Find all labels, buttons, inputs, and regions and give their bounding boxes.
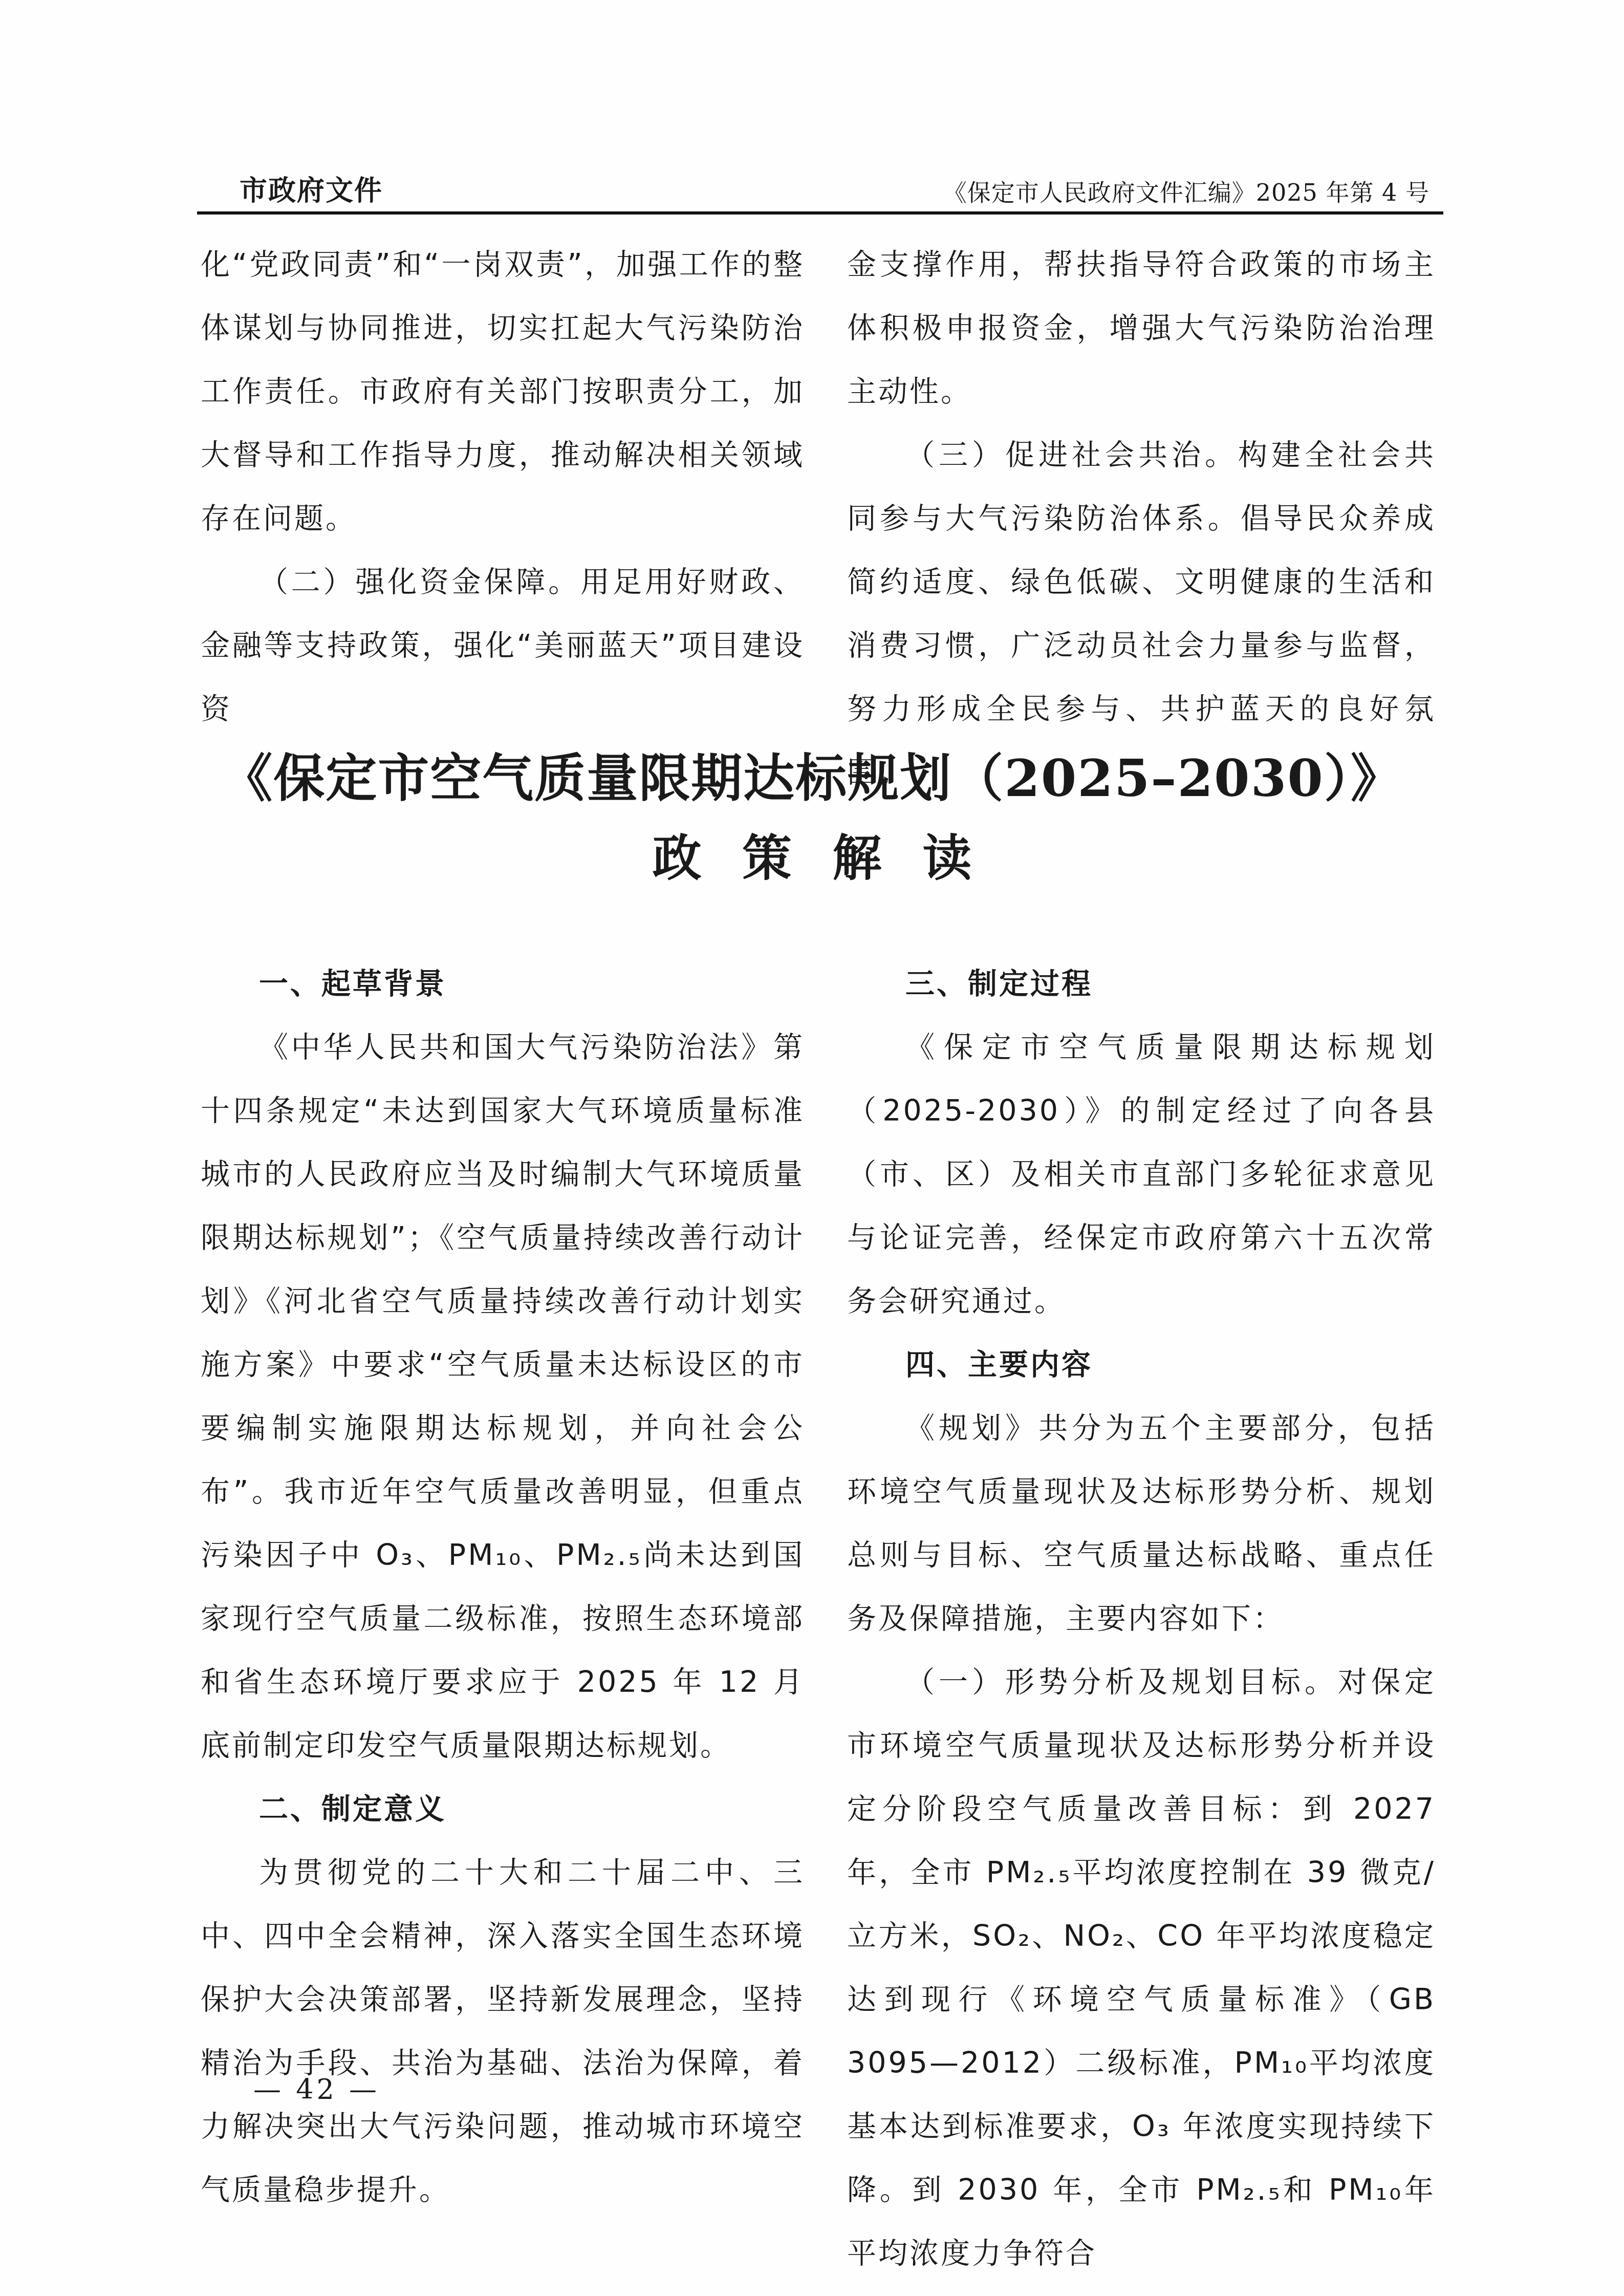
- section-heading-significance: 二、制定意义: [201, 1777, 805, 1841]
- document-page: 市政府文件 《保定市人民政府文件汇编》2025 年第 4 号 化“党政同责”和“…: [0, 0, 1624, 2296]
- paragraph-significance: 为贯彻党的二十大和二十届二中、三中、四中全会精神，深入落实全国生态环境保护大会决…: [201, 1841, 805, 2222]
- body-left-column: 一、起草背景 《中华人民共和国大气污染防治法》第十四条规定“未达到国家大气环境质…: [201, 952, 805, 2222]
- continuation-left-column: 化“党政同责”和“一岗双责”，加强工作的整体谋划与协同推进，切实扛起大气污染防治…: [201, 233, 805, 741]
- section-heading-process: 三、制定过程: [847, 952, 1436, 1016]
- document-title: 《保定市空气质量限期达标规划（2025–2030）》: [0, 737, 1624, 811]
- paragraph-main-content-overview: 《规划》共分为五个主要部分，包括环境空气质量现状及达标形势分析、规划总则与目标、…: [847, 1397, 1436, 1650]
- paragraph-targets: （一）形势分析及规划目标。对保定市环境空气质量现状及达标形势分析并设定分阶段空气…: [847, 1650, 1436, 2285]
- section-heading-background: 一、起草背景: [201, 952, 805, 1016]
- section-heading-main-content: 四、主要内容: [847, 1333, 1436, 1397]
- header-publication: 《保定市人民政府文件汇编》2025 年第 4 号: [943, 174, 1430, 208]
- paragraph-background: 《中华人民共和国大气污染防治法》第十四条规定“未达到国家大气环境质量标准城市的人…: [201, 1016, 805, 1777]
- paragraph-funding-guarantee: （二）强化资金保障。用足用好财政、金融等支持政策，强化“美丽蓝天”项目建设资: [201, 550, 805, 741]
- paragraph: 化“党政同责”和“一岗双责”，加强工作的整体谋划与协同推进，切实扛起大气污染防治…: [201, 233, 805, 550]
- paragraph: 金支撑作用，帮扶指导符合政策的市场主体积极申报资金，增强大气污染防治治理主动性。: [847, 233, 1436, 423]
- document-subtitle: 政策解读: [0, 819, 1624, 889]
- continuation-right-column: 金支撑作用，帮扶指导符合政策的市场主体积极申报资金，增强大气污染防治治理主动性。…: [847, 233, 1436, 804]
- header-section-label: 市政府文件: [240, 169, 383, 208]
- paragraph-process: 《保定市空气质量限期达标规划（2025-2030）》的制定经过了向各县（市、区）…: [847, 1016, 1436, 1333]
- page-number: — 42 —: [253, 2073, 380, 2106]
- header-rule: [197, 211, 1443, 214]
- body-right-column: 三、制定过程 《保定市空气质量限期达标规划（2025-2030）》的制定经过了向…: [847, 952, 1436, 2285]
